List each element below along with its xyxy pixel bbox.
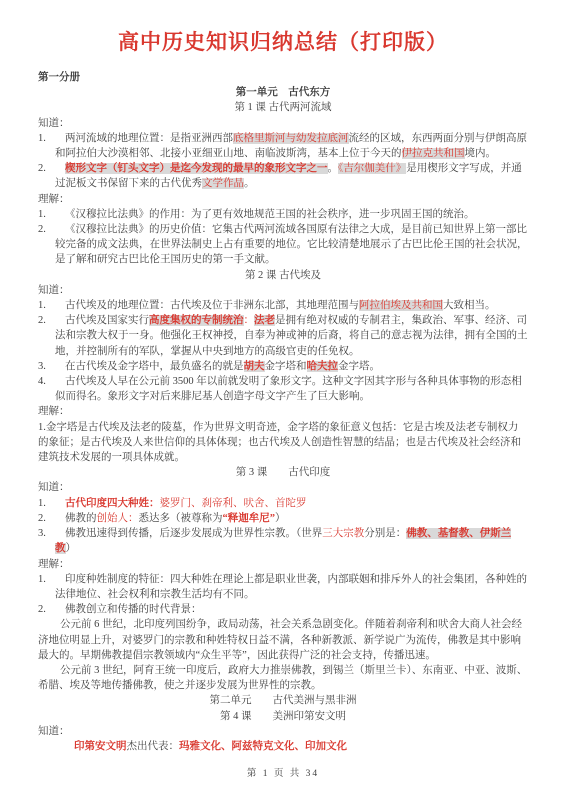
section-label: 理解： xyxy=(38,192,528,207)
key-term: “释迦牟尼” xyxy=(223,513,276,524)
list-item: 2.古代埃及国家实行高度集权的专制统治：法老是拥有绝对权威的专制君主，集政治、军… xyxy=(38,313,528,359)
list-item-text: 楔形文字（钉头文字）是迄今发现的最早的象形文字之一。《吉尔伽美什》是用楔形文字写… xyxy=(55,161,528,191)
text-run: 理解： xyxy=(38,194,70,205)
key-term: 婆罗门、刹帝利、吠舍、首陀罗 xyxy=(160,498,307,509)
list-number: 1. xyxy=(38,207,46,222)
section-label: 知道： xyxy=(38,724,528,739)
text-run: 印度种姓制度的特征：四大种姓在理论上都是职业世袭，内部联姻和排斥外人的社会集团，… xyxy=(55,574,527,600)
text-run: 境内。 xyxy=(465,148,497,159)
list-number: 4. xyxy=(38,374,46,389)
list-item: 1.《汉穆拉比法典》的作用：为了更有效地规范王国的社会秩序，进一步巩固王国的统治… xyxy=(38,207,528,222)
lesson-heading: 第 4 课 美洲印第安文明 xyxy=(38,709,528,724)
list-item: 4.古代埃及人早在公元前 3500 年以前就发明了象形文字。这种文字因其字形与各… xyxy=(38,374,528,404)
paragraph: 1.金字塔是古代埃及法老的陵墓，作为世界文明奇迹，金字塔的象征意义包括：它是古埃… xyxy=(38,420,528,466)
list-item-text: 佛教迅速得到传播，后逐步发展成为世界性宗教。（世界三大宗教分别是：佛教、基督教、… xyxy=(55,526,528,556)
list-number: 3. xyxy=(38,526,46,541)
text-run: 知道： xyxy=(38,118,70,129)
paragraph: 公元前 3 世纪，阿育王统一印度后，政府大力推崇佛教，到锡兰（斯里兰卡）、东南亚… xyxy=(38,663,528,693)
text-run: 。 xyxy=(328,163,339,174)
highlighted-term: 文学作品 xyxy=(202,178,244,189)
list-item-text: 古代埃及国家实行高度集权的专制统治：法老是拥有绝对权威的专制君主，集政治、军事、… xyxy=(55,313,528,359)
section-label: 理解： xyxy=(38,404,528,419)
text-run: 古代埃及人早在公元前 3500 年以前就发明了象形文字。这种文字因其字形与各种具… xyxy=(55,376,522,402)
text-run: 第 3 课 古代印度 xyxy=(236,467,331,478)
list-item: 3.佛教迅速得到传播，后逐步发展成为世界性宗教。（世界三大宗教分别是：佛教、基督… xyxy=(38,526,528,556)
list-number: 1. xyxy=(38,131,46,146)
highlighted-term: 底格里斯河与幼发拉底河 xyxy=(233,133,349,144)
volume-label: 第一分册 xyxy=(38,70,528,85)
text-run: 理解： xyxy=(38,406,70,417)
list-item-text: 在古代埃及金字塔中，最负盛名的就是胡夫金字塔和哈夫拉金字塔。 xyxy=(55,359,528,374)
text-run: 第 4 课 美洲印第安文明 xyxy=(220,711,346,722)
list-item: 2.佛教创立和传播的时代背景： xyxy=(38,602,528,617)
text-run: 第一分册 xyxy=(38,71,80,83)
list-item-text: 《汉穆拉比法典》的作用：为了更有效地规范王国的社会秩序，进一步巩固王国的统治。 xyxy=(55,207,528,222)
list-number: 2. xyxy=(38,161,46,176)
list-item: 2.佛教的创始人：悉达多（被尊称为“释迦牟尼”） xyxy=(38,511,528,526)
text-run: 悉达多（被尊称为 xyxy=(139,513,223,524)
list-item-text: 佛教创立和传播的时代背景： xyxy=(55,602,528,617)
highlighted-term: 伊拉克共和国 xyxy=(402,148,465,159)
text-run: 两河流域的地理位置：是指亚洲西部 xyxy=(65,133,233,144)
list-item: 1.印度种姓制度的特征：四大种姓在理论上都是职业世袭，内部联姻和排斥外人的社会集… xyxy=(38,572,528,602)
text-run: 第 1 课 古代两河流域 xyxy=(234,102,331,113)
doc-title: 高中历史知识归纳总结（打印版） xyxy=(38,30,528,56)
text-run: 金字塔。 xyxy=(338,361,380,372)
list-item-text: 佛教的创始人：悉达多（被尊称为“释迦牟尼”） xyxy=(55,511,528,526)
list-item-text: 两河流域的地理位置：是指亚洲西部底格里斯河与幼发拉底河流经的区域，东西两面分别与… xyxy=(55,131,528,161)
list-item-text: 古代印度四大种姓：婆罗门、刹帝利、吠舍、首陀罗 xyxy=(55,496,528,511)
text-run: 第 2 课 古代埃及 xyxy=(245,270,321,281)
text-run: 佛教迅速得到传播，后逐步发展成为世界性宗教。（世界 xyxy=(65,528,322,539)
page-footer: 第 1 页 共 34 xyxy=(0,767,566,782)
list-number: 2. xyxy=(38,602,46,617)
text-run: 知道： xyxy=(38,482,70,493)
key-term: ： xyxy=(244,315,255,326)
text-run: 第一单元 古代东方 xyxy=(236,86,331,98)
text-run: 大致相当。 xyxy=(443,300,496,311)
key-term: 印第安文明 xyxy=(74,741,127,752)
key-term: 三大宗教 xyxy=(322,528,364,539)
list-item-text: 印度种姓制度的特征：四大种姓在理论上都是职业世袭，内部联姻和排斥外人的社会集团，… xyxy=(55,572,528,602)
key-term: 古代印度四大种姓： xyxy=(65,498,160,509)
text-run: 知道： xyxy=(38,726,70,737)
list-item-text: 古代埃及人早在公元前 3500 年以前就发明了象形文字。这种文字因其字形与各种具… xyxy=(55,374,528,404)
list-item: 3.在古代埃及金字塔中，最负盛名的就是胡夫金字塔和哈夫拉金字塔。 xyxy=(38,359,528,374)
list-number: 1. xyxy=(38,572,46,587)
highlighted-term: 阿拉伯埃及共和国 xyxy=(359,300,443,311)
text-run: 理解： xyxy=(38,559,70,570)
text-run: 分别是： xyxy=(364,528,406,539)
list-item: 1.古代印度四大种姓：婆罗门、刹帝利、吠舍、首陀罗 xyxy=(38,496,528,511)
lesson-heading: 第 3 课 古代印度 xyxy=(38,465,528,480)
text-run: 佛教的 xyxy=(65,513,97,524)
unit-heading: 第一单元 古代东方 xyxy=(38,85,528,100)
section-label: 知道： xyxy=(38,283,528,298)
list-number: 1. xyxy=(38,496,46,511)
list-item: 1.两河流域的地理位置：是指亚洲西部底格里斯河与幼发拉底河流经的区域，东西两面分… xyxy=(38,131,528,161)
highlighted-term: 《吉尔伽美什》 xyxy=(338,163,406,174)
document-body: 第一分册第一单元 古代东方第 1 课 古代两河流域知道：1.两河流域的地理位置：… xyxy=(38,70,528,754)
text-run: 古代埃及国家实行 xyxy=(65,315,149,326)
paragraph: 公元前 6 世纪，北印度列国纷争，政局动荡，社会关系急剧变化。伴随着刹帝利和吠舍… xyxy=(38,617,528,663)
list-item-text: 《汉穆拉比法典》的历史价值：它集古代两河流域各国原有法律之大成，是目前已知世界上… xyxy=(55,222,528,268)
highlighted-term: 胡夫 xyxy=(244,361,265,372)
text-run: 第二单元 古代美洲与黑非洲 xyxy=(210,695,357,706)
paragraph: 印第安文明杰出代表：玛雅文化、阿兹特克文化、印加文化 xyxy=(38,739,528,754)
list-item: 2.楔形文字（钉头文字）是迄今发现的最早的象形文字之一。《吉尔伽美什》是用楔形文… xyxy=(38,161,528,191)
text-run: 杰出代表： xyxy=(127,741,180,752)
text-run: 《汉穆拉比法典》的历史价值：它集古代两河流域各国原有法律之大成，是目前已知世界上… xyxy=(55,224,528,265)
key-term: 玛雅文化、阿兹特克文化、印加文化 xyxy=(179,741,347,752)
key-term: 创始人： xyxy=(97,513,139,524)
text-run: 佛教创立和传播的时代背景： xyxy=(65,604,202,615)
list-number: 2. xyxy=(38,313,46,328)
text-run: 《汉穆拉比法典》的作用：为了更有效地规范王国的社会秩序，进一步巩固王国的统治。 xyxy=(65,209,475,220)
document-page: 高中历史知识归纳总结（打印版） 第一分册第一单元 古代东方第 1 课 古代两河流… xyxy=(0,0,566,800)
list-item: 2.《汉穆拉比法典》的历史价值：它集古代两河流域各国原有法律之大成，是目前已知世… xyxy=(38,222,528,268)
list-item-text: 古代埃及的地理位置：古代埃及位于非洲东北部，其地理范围与阿拉伯埃及共和国大致相当… xyxy=(55,298,528,313)
lesson-heading: 第 1 课 古代两河流域 xyxy=(38,100,528,115)
text-run: 金字塔和 xyxy=(265,361,307,372)
list-number: 3. xyxy=(38,359,46,374)
unit-heading: 第二单元 古代美洲与黑非洲 xyxy=(38,693,528,708)
text-run: 在古代埃及金字塔中，最负盛名的就是 xyxy=(65,361,244,372)
text-run: 1.金字塔是古代埃及法老的陵墓，作为世界文明奇迹，金字塔的象征意义包括：它是古埃… xyxy=(38,422,521,463)
text-run: 知道： xyxy=(38,285,70,296)
text-run: 公元前 3 世纪，阿育王统一印度后，政府大力推崇佛教，到锡兰（斯里兰卡）、东南亚… xyxy=(38,665,527,691)
list-number: 2. xyxy=(38,222,46,237)
highlighted-term: 哈夫拉 xyxy=(307,361,339,372)
highlighted-term: 高度集权的专制统治 xyxy=(149,315,244,326)
list-number: 1. xyxy=(38,298,46,313)
list-item: 1.古代埃及的地理位置：古代埃及位于非洲东北部，其地理范围与阿拉伯埃及共和国大致… xyxy=(38,298,528,313)
text-run: 古代埃及的地理位置：古代埃及位于非洲东北部，其地理范围与 xyxy=(65,300,359,311)
section-label: 知道： xyxy=(38,480,528,495)
highlighted-term: 楔形文字（钉头文字）是迄今发现的最早的象形文字之一 xyxy=(65,163,328,174)
text-run: 。 xyxy=(244,178,255,189)
text-run: 公元前 6 世纪，北印度列国纷争，政局动荡，社会关系急剧变化。伴随着刹帝利和吠舍… xyxy=(38,619,522,660)
section-label: 理解： xyxy=(38,557,528,572)
section-label: 知道： xyxy=(38,116,528,131)
highlighted-term: 法老 xyxy=(254,315,275,326)
list-number: 2. xyxy=(38,511,46,526)
lesson-heading: 第 2 课 古代埃及 xyxy=(38,268,528,283)
text-run: ） xyxy=(66,543,77,554)
text-run: ） xyxy=(275,513,286,524)
